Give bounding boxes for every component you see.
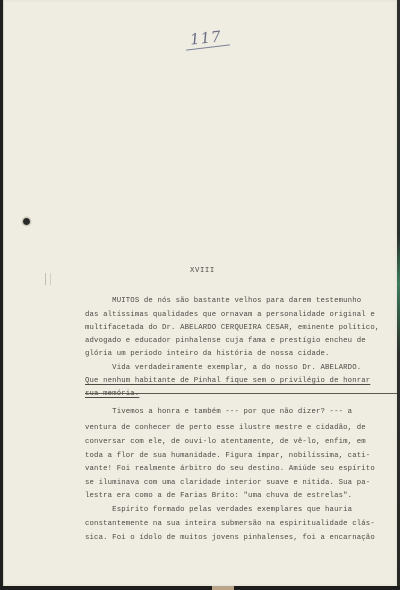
text-line: conversar com ele, de ouvi-lo atentament… [85, 438, 366, 446]
text-line: se iluminava com uma claridade interior … [85, 479, 370, 487]
text-line: lestra era como a de Farias Brito: "uma … [85, 492, 352, 500]
underline-rule [85, 393, 398, 394]
text-line: constantemente na sua inteira submersão … [85, 520, 375, 528]
text-line: Espírito formado pelas verdades exemplar… [85, 506, 352, 514]
text-line: Que nenhum habitante de Pinhal fique sem… [85, 377, 370, 385]
text-line: sica. Foi o ídolo de muitos jovens pinha… [85, 534, 375, 542]
text-line: multifacetada do Dr. ABELARDO CERQUEIRA … [85, 324, 379, 332]
text-line: vante! Foi realmente árbitro do seu dest… [85, 465, 375, 473]
text-line: glória um período inteiro da história de… [85, 350, 330, 358]
paper-mark [45, 273, 51, 285]
punch-hole-icon [23, 218, 30, 225]
text-line: ventura de conhecer de perto esse ilustr… [85, 424, 366, 432]
text-line: toda a flor de sua humanidade. Figura ím… [85, 452, 370, 460]
text-line: Tivemos a honra e também --- por que não… [85, 408, 352, 416]
text-line: das altíssimas qualidades que ornavam a … [85, 311, 375, 319]
text-line: advogado e educador pinhalense cuja fama… [85, 337, 366, 345]
text-line: Vida verdadeiramente exemplar, a do noss… [85, 364, 361, 372]
text-line: sua memória. [85, 390, 139, 398]
scanner-edge-bottom [0, 586, 400, 590]
document-page: 117 XVIII MUITOS de nós são bastante vel… [3, 0, 399, 586]
binder-tab [212, 586, 234, 590]
text-line: MUITOS de nós são bastante velhos para d… [85, 297, 361, 305]
chapter-heading: XVIII [190, 267, 215, 275]
